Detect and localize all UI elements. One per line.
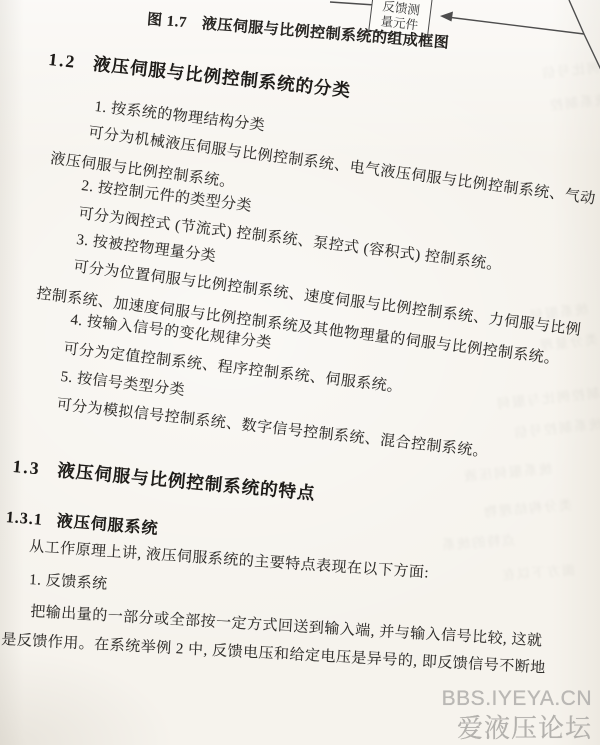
section-number: 1.3.1 [5,509,43,529]
body-line: 1. 反馈系统 [29,568,109,594]
page-bleed-noise: 制控例比与服伺 [494,383,600,413]
page-bleed-noise: 类分构结理物 [481,494,572,521]
watermark-forum-name: 爱液压论坛 [457,708,592,745]
body-line: 可分为模拟信号控制系统、数字信号控制系统、混合控制系统。 [56,393,490,461]
feedback-arrow-line [443,17,584,35]
section-title: 液压伺服与比例控制系统的特点 [57,460,317,503]
section-heading-1-3-1: 1.3.1液压伺服系统 [5,504,159,539]
page-bleed-noise: 统系制控号信 [511,413,600,441]
feedback-arrowhead-icon [440,12,453,22]
section-number: 1.2 [48,49,78,72]
section-title: 液压伺服系统 [56,513,159,538]
page-bleed-noise: 统系服伺压液 [461,458,552,485]
section-heading-1-3: 1.3液压伺服与比例控制系统的特点 [12,453,317,505]
page-bleed-noise: 点特的统系 [439,529,515,553]
section-number: 1.3 [12,456,42,478]
figure-caption-label: 图 1.7 [146,12,187,31]
book-page: 反馈测 量元件 图 1.7液压伺服与比例控制系统的组成框图 1.2液压伺服与比例… [0,0,600,745]
diagram-connector-left-line [330,2,375,5]
page-bleed-noise: 面方下以在 [499,559,575,583]
